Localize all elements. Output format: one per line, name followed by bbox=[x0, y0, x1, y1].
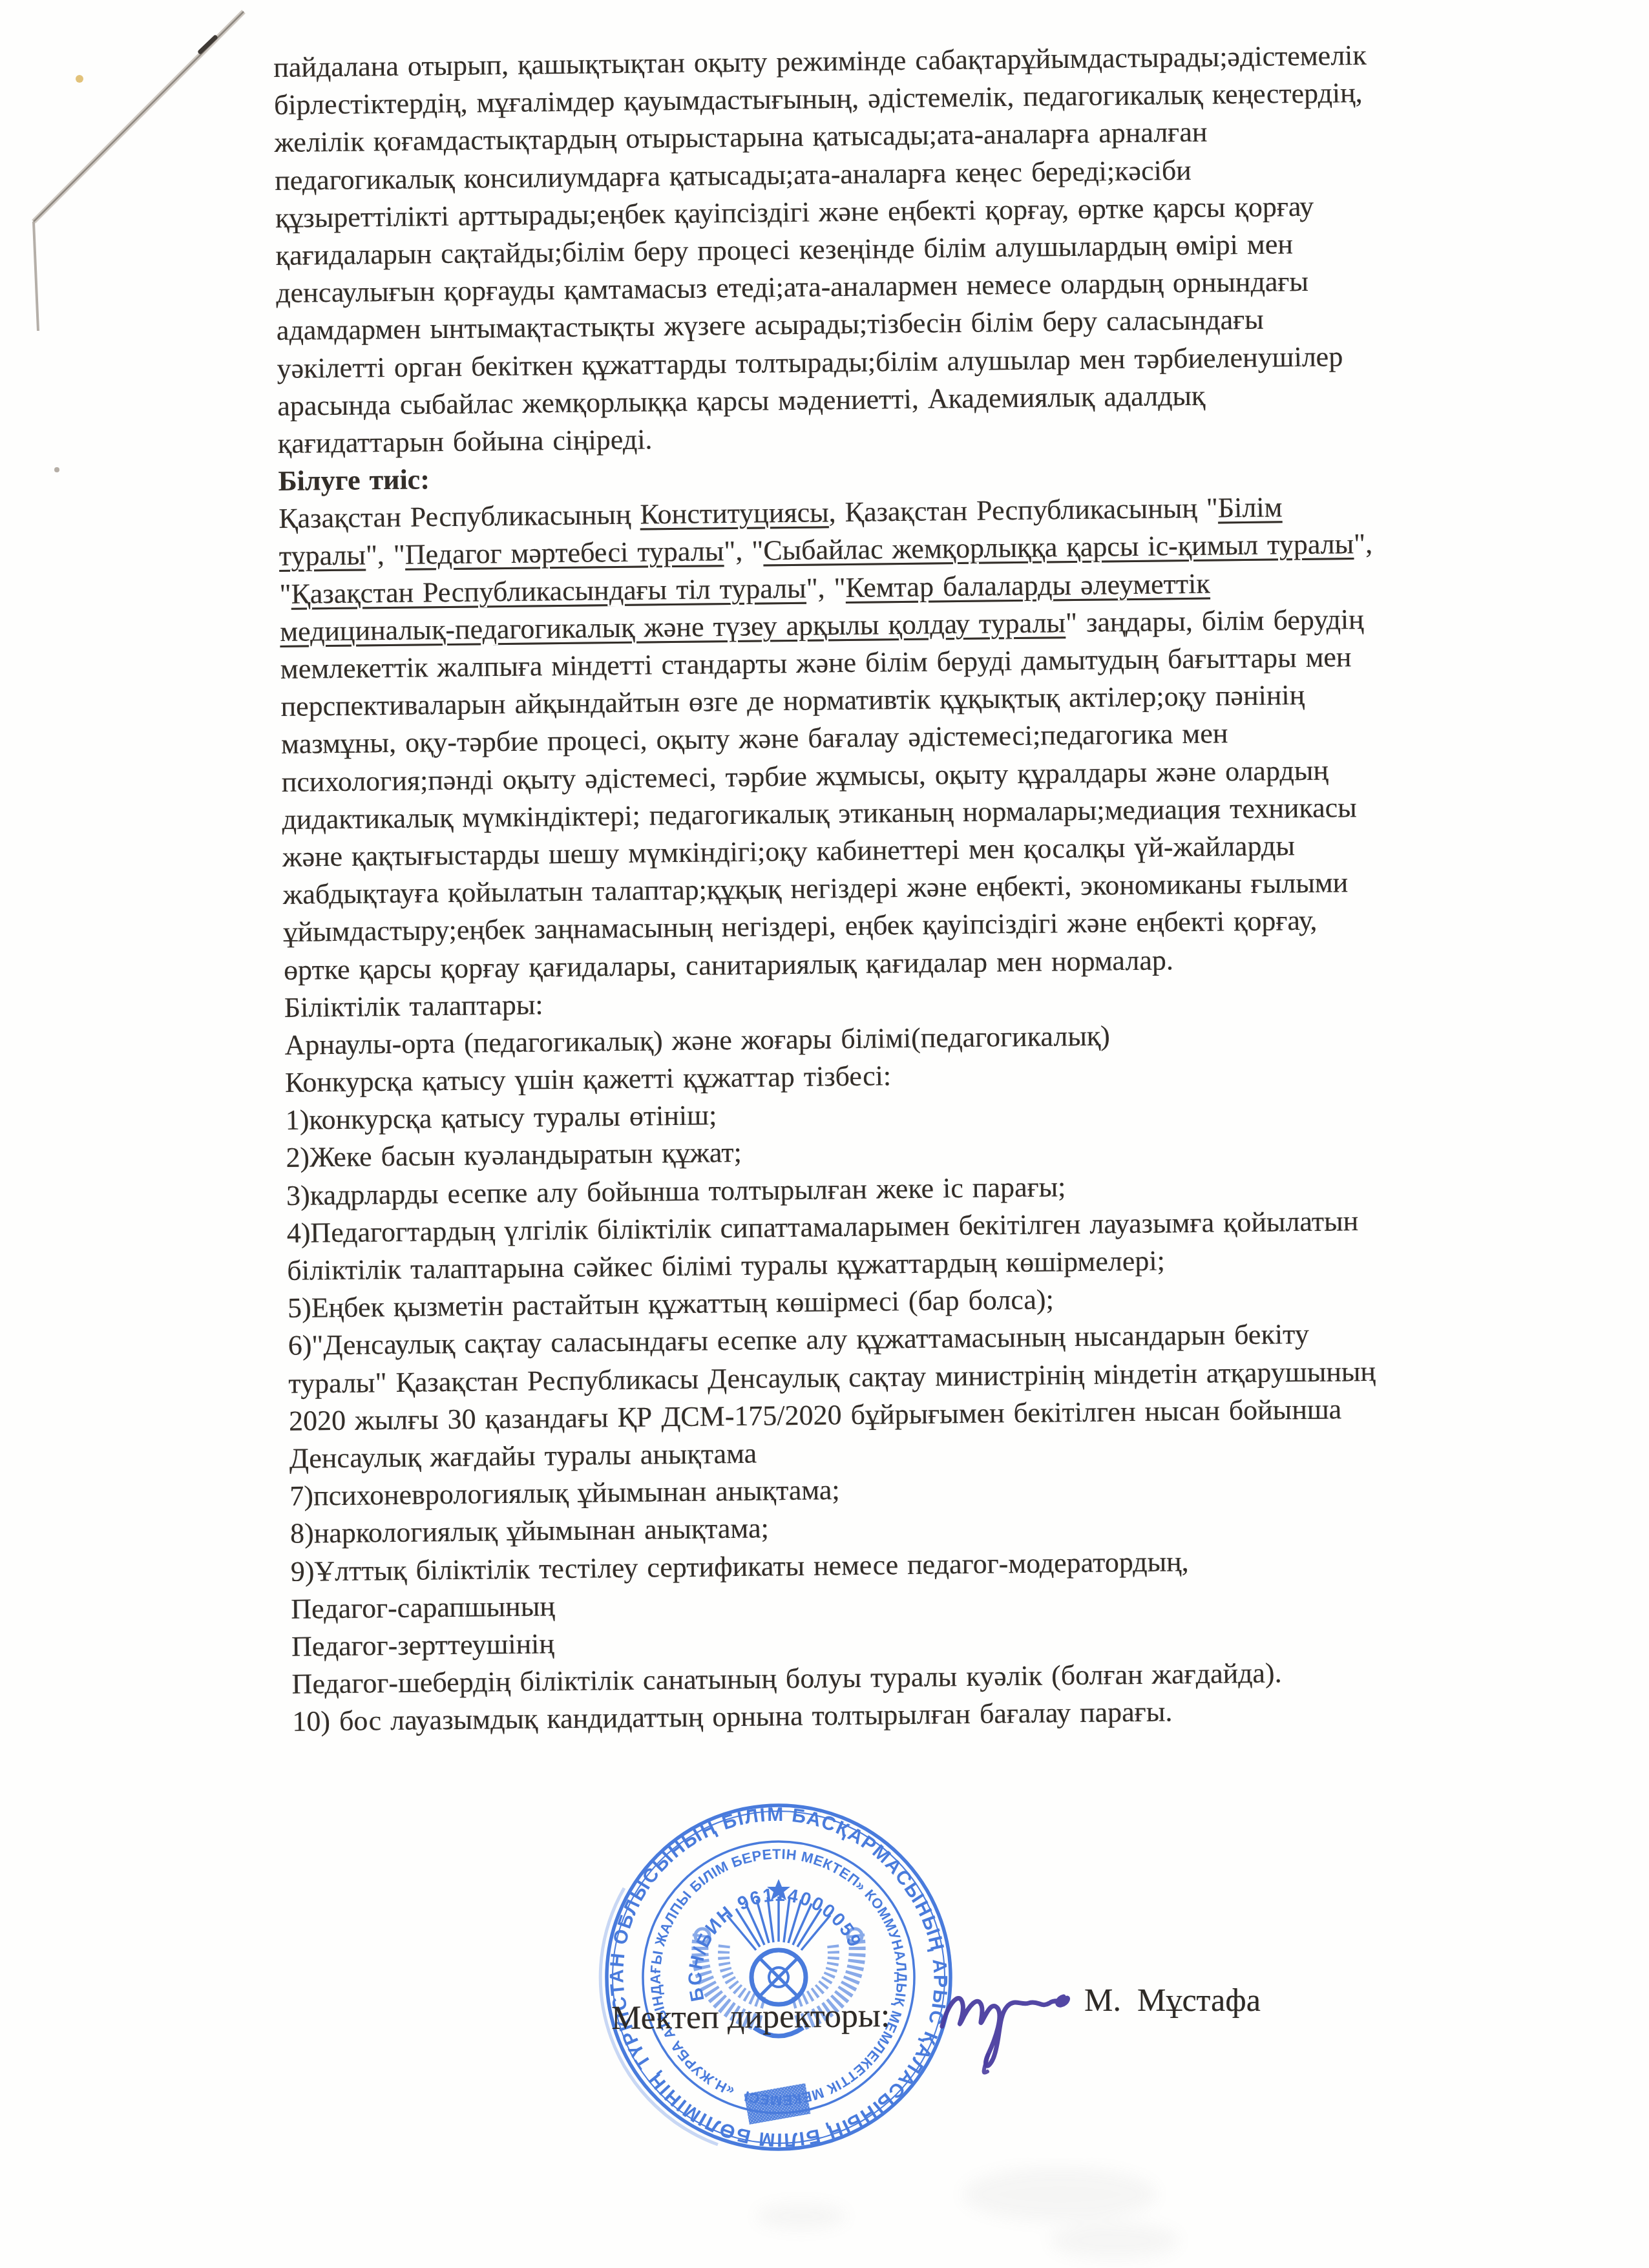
dust-speck bbox=[54, 467, 59, 472]
scan-edge-line-lower bbox=[34, 222, 38, 331]
scan-edge-line-core bbox=[34, 12, 244, 222]
official-round-stamp: ТҮРКІСТАН ОБЛЫСЫНЫҢ БІЛІМ БАСҚАРМАСЫНЫҢ … bbox=[591, 1790, 966, 2165]
stamp-barcode bbox=[744, 2083, 811, 2125]
text-segment: " bbox=[279, 578, 291, 609]
handwritten-signature bbox=[925, 1938, 1093, 2081]
text-segment: ", " bbox=[806, 572, 845, 604]
text-segment: арасында сыбайлас жемқорлыққа қарсы мәде… bbox=[277, 379, 1206, 421]
text-segment: біліктілік талаптарына сәйкес білімі тур… bbox=[287, 1244, 1165, 1286]
text-segment: 5)Еңбек қызметін растайтын құжаттың көші… bbox=[288, 1284, 1054, 1324]
law-title-underlined: Педагог мәртебесі туралы bbox=[405, 536, 724, 571]
text-segment: қағидаттарын бойына сіңіреді. bbox=[278, 423, 653, 459]
text-segment: 3)кадрларды есепке алу бойынша толтырылғ… bbox=[286, 1171, 1066, 1212]
director-name: М. Мұстафа bbox=[1084, 1981, 1261, 2019]
signature-tail-stroke bbox=[984, 2055, 988, 2073]
scanned-document-page: пайдалана отырып, қашықтықтан оқыту режи… bbox=[0, 0, 1649, 2268]
text-segment: " заңдары, білім берудің bbox=[1066, 604, 1364, 638]
law-title-underlined: Қазақстан Республикасындағы тіл туралы bbox=[291, 572, 806, 609]
text-segment: 8)наркологиялық ұйымынан анықтама; bbox=[290, 1513, 769, 1549]
text-segment: Білуге тиіс: bbox=[278, 463, 430, 497]
law-title-underlined: Конституциясы bbox=[640, 497, 829, 530]
text-segment: , Қазақстан Республикасының " bbox=[828, 492, 1218, 529]
text-segment: Біліктілік талаптары: bbox=[284, 989, 543, 1024]
text-segment: 2)Жеке басын куәландыратын құжат; bbox=[286, 1137, 742, 1173]
law-title-underlined: Сыбайлас жемқорлыққа қарсы іс-қимыл тура… bbox=[763, 529, 1354, 567]
law-title-underlined: Кемтар балаларды әлеуметтік bbox=[845, 567, 1210, 603]
text-segment: Арнаулы-орта (педагогикалық) және жоғары… bbox=[284, 1020, 1110, 1060]
document-text: пайдалана отырып, қашықтықтан оқыту режи… bbox=[273, 35, 1540, 1741]
text-segment: 10) бос лауазымдық кандидаттың орнына то… bbox=[292, 1696, 1173, 1738]
law-title-underlined: туралы bbox=[279, 540, 366, 572]
signature-stroke bbox=[942, 1997, 1068, 2066]
text-segment: Педагог-сарапшының bbox=[291, 1590, 555, 1625]
text-segment: Денсаулық жағдайы туралы анықтама bbox=[289, 1438, 757, 1475]
bleed-through-smudges bbox=[756, 2167, 1179, 2259]
text-segment: педагогикалық консилиумдарға қатысады;ат… bbox=[275, 154, 1192, 196]
text-segment: өртке қарсы қорғау қағидалары, санитария… bbox=[284, 944, 1173, 986]
director-label: Мектеп директоры: bbox=[611, 1997, 890, 2037]
scan-dark-tick bbox=[200, 37, 215, 52]
scan-edge-line bbox=[34, 12, 244, 222]
text-segment: 9)Ұлттық біліктілік тестілеу сертификаты… bbox=[290, 1546, 1188, 1588]
text-segment: ", " bbox=[366, 539, 405, 571]
dust-speck bbox=[76, 75, 83, 83]
text-segment: Конкурсқа қатысу үшін қажетті құжаттар т… bbox=[285, 1060, 891, 1098]
text-segment: мазмұны, оқу-тәрбие процесі, оқыту және … bbox=[281, 718, 1228, 761]
text-segment: Педагог-зерттеушінің bbox=[291, 1628, 554, 1663]
law-title-underlined: Білім bbox=[1218, 492, 1283, 524]
text-segment: ", bbox=[1354, 528, 1373, 560]
text-segment: 1)конкурсқа қатысу туралы өтініш; bbox=[286, 1100, 717, 1137]
text-segment: ", " bbox=[724, 535, 763, 567]
text-segment: Қазақстан Республикасының bbox=[278, 499, 640, 534]
text-segment: желілік қоғамдастықтардың отырыстарына қ… bbox=[274, 116, 1207, 158]
law-title-underlined: медициналық-педагогикалық және түзеу арқ… bbox=[280, 607, 1066, 647]
text-segment: 7)психоневрологиялық ұйымынан анықтама; bbox=[289, 1474, 840, 1512]
